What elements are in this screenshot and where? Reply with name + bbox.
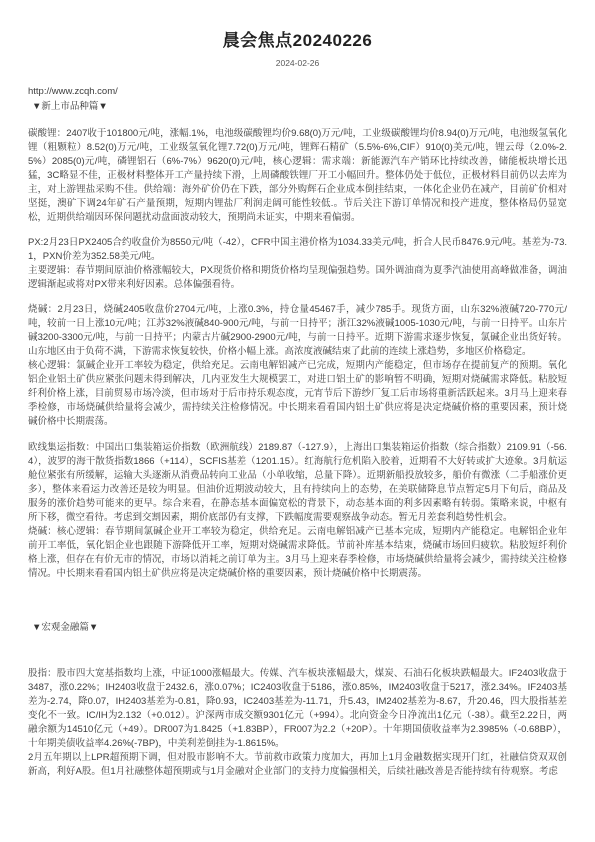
section-heading-macro-finance: ▼宏观金融篇▼ — [32, 621, 567, 635]
lithium-carbonate-block: 碳酸锂：2407收于101800元/吨，涨幅.1%，电池级碳酸锂均价9.68(0… — [28, 127, 567, 225]
paragraph-caustic-soda-logic: 核心逻辑：氯碱企业开工率较为稳定，供给充足。云南电解铝减产已完成，短期内产能稳定… — [28, 359, 567, 429]
paragraph-px-logic: 主要逻辑：春节期间原油价格涨幅较大，PX现货价格和期货价格均呈现偏强趋势。国外调… — [28, 264, 567, 292]
px-block: PX:2月23日PX2405合约收盘价为8550元/吨（-42），CFR中国主港… — [28, 236, 567, 292]
document-page: 晨会焦点20240226 2024-02-26 http://www.zcqh.… — [0, 0, 595, 842]
paragraph-lithium-carbonate: 碳酸锂：2407收于101800元/吨，涨幅.1%，电池级碳酸锂均价9.68(0… — [28, 127, 567, 225]
stock-index-block: 股指：股市四大宽基指数均上涨，中证1000涨幅最大。传媒、汽车板块涨幅最大，煤炭… — [28, 667, 567, 779]
paragraph-lpr-comment: 2月五年期以上LPR超预期下调，但对股市影响不大。节前救市政策力度加大，再加上1… — [28, 751, 567, 779]
caustic-soda-block: 烧碱：2月23日，烧碱2405收盘价2704元/吨，上涨0.3%，持仓量4546… — [28, 303, 567, 429]
paragraph-stock-index: 股指：股市四大宽基指数均上涨，中证1000涨幅最大。传媒、汽车板块涨幅最大，煤炭… — [28, 667, 567, 751]
site-url-link[interactable]: http://www.zcqh.com/ — [28, 85, 118, 99]
paragraph-px-price: PX:2月23日PX2405合约收盘价为8550元/吨（-42），CFR中国主港… — [28, 236, 567, 264]
paragraph-caustic-soda-market: 烧碱：2月23日，烧碱2405收盘价2704元/吨，上涨0.3%，持仓量4546… — [28, 303, 567, 359]
section-heading-new-products: ▼新上市品种篇▼ — [32, 100, 567, 114]
paragraph-eu-shipping-index: 欧线集运指数：中国出口集装箱运价指数（欧洲航线）2189.87（-127.9），… — [28, 441, 567, 525]
shipping-index-block: 欧线集运指数：中国出口集装箱运价指数（欧洲航线）2189.87（-127.9），… — [28, 441, 567, 581]
page-title: 晨会焦点20240226 — [28, 0, 567, 51]
report-date: 2024-02-26 — [28, 58, 567, 68]
paragraph-caustic-soda-2: 烧碱：核心逻辑：春节期间氯碱企业开工率较为稳定，供给充足。云南电解铝减产已基本完… — [28, 525, 567, 581]
